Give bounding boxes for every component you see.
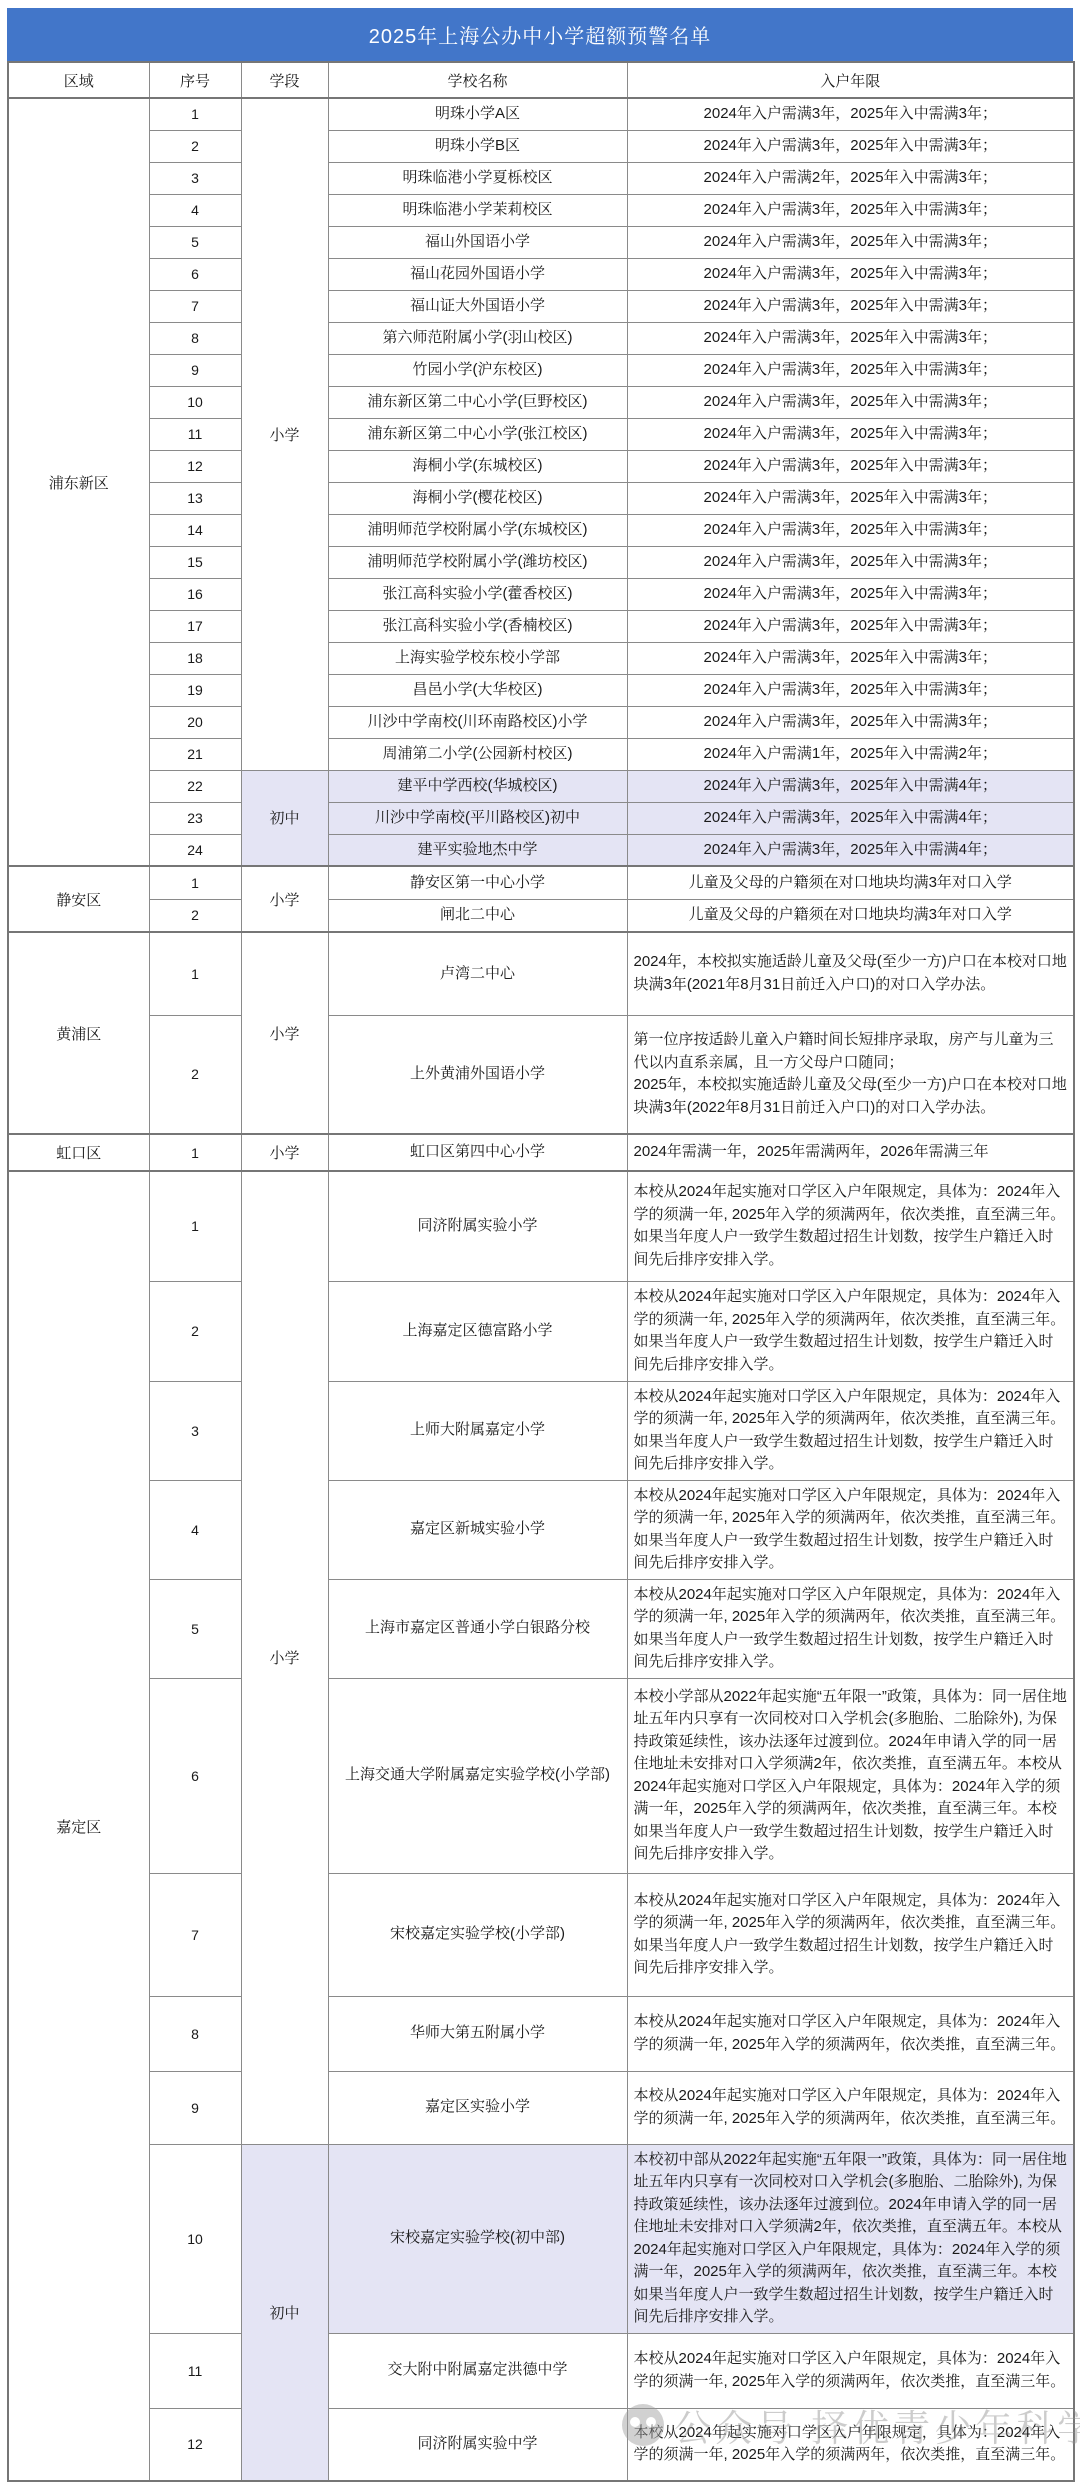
school-name-cell: 浦东新区第二中心小学(张江校区): [328, 418, 627, 450]
row-number-cell: 11: [149, 418, 241, 450]
table-row: 嘉定区1小学同济附属实验小学本校从2024年起实施对口学区入户年限规定，具体为：…: [8, 1171, 1074, 1281]
policy-cell: 2024年入户需满3年，2025年入中需满3年；: [627, 642, 1074, 674]
table-row: 23川沙中学南校(平川路校区)初中2024年入户需满3年，2025年入中需满4年…: [8, 802, 1074, 834]
row-number-cell: 16: [149, 578, 241, 610]
policy-cell: 本校从2024年起实施对口学区入户年限规定，具体为：2024年入学的须满一年, …: [627, 1996, 1074, 2071]
row-number-cell: 18: [149, 642, 241, 674]
school-name-cell: 海桐小学(东城校区): [328, 450, 627, 482]
row-number-cell: 21: [149, 738, 241, 770]
district-cell: 黄浦区: [8, 932, 149, 1134]
row-number-cell: 1: [149, 866, 241, 899]
header-row: 区域 序号 学段 学校名称 入户年限: [8, 62, 1074, 98]
table-row: 20川沙中学南校(川环南路校区)小学2024年入户需满3年，2025年入中需满3…: [8, 706, 1074, 738]
column-header-stage: 学段: [241, 62, 328, 98]
stage-cell: 初中: [241, 2144, 328, 2481]
table-row: 6上海交通大学附属嘉定实验学校(小学部)本校小学部从2022年起实施“五年限一”…: [8, 1678, 1074, 1873]
policy-cell: 2024年入户需满3年，2025年入中需满4年；: [627, 834, 1074, 866]
policy-cell: 2024年入户需满3年，2025年入中需满3年；: [627, 674, 1074, 706]
table-row: 2上海嘉定区德富路小学本校从2024年起实施对口学区入户年限规定，具体为：202…: [8, 1281, 1074, 1381]
policy-cell: 本校从2024年起实施对口学区入户年限规定，具体为：2024年入学的须满一年, …: [627, 2071, 1074, 2144]
school-name-cell: 卢湾二中心: [328, 932, 627, 1015]
table-row: 6福山花园外国语小学2024年入户需满3年，2025年入中需满3年；: [8, 258, 1074, 290]
table-row: 13海桐小学(樱花校区)2024年入户需满3年，2025年入中需满3年；: [8, 482, 1074, 514]
school-name-cell: 宋校嘉定实验学校(小学部): [328, 1873, 627, 1996]
school-name-cell: 明珠临港小学夏栎校区: [328, 162, 627, 194]
table-row: 15浦明师范学校附属小学(潍坊校区)2024年入户需满3年，2025年入中需满3…: [8, 546, 1074, 578]
policy-cell: 2024年入户需满3年，2025年入中需满4年；: [627, 770, 1074, 802]
policy-cell: 本校从2024年起实施对口学区入户年限规定，具体为：2024年入学的须满一年, …: [627, 2333, 1074, 2408]
policy-cell: 儿童及父母的户籍须在对口地块均满3年对口入学: [627, 866, 1074, 899]
school-name-cell: 虹口区第四中心小学: [328, 1134, 627, 1171]
policy-cell: 2024年需满一年，2025年需满两年，2026年需满三年: [627, 1134, 1074, 1171]
school-name-cell: 同济附属实验小学: [328, 1171, 627, 1281]
school-name-cell: 嘉定区新城实验小学: [328, 1480, 627, 1579]
table-row: 11浦东新区第二中心小学(张江校区)2024年入户需满3年，2025年入中需满3…: [8, 418, 1074, 450]
policy-cell: 2024年入户需满3年，2025年入中需满4年；: [627, 802, 1074, 834]
district-cell: 浦东新区: [8, 98, 149, 866]
district-cell: 静安区: [8, 866, 149, 932]
row-number-cell: 23: [149, 802, 241, 834]
table-row: 16张江高科实验小学(藿香校区)2024年入户需满3年，2025年入中需满3年；: [8, 578, 1074, 610]
school-name-cell: 浦东新区第二中心小学(巨野校区): [328, 386, 627, 418]
policy-cell: 本校从2024年起实施对口学区入户年限规定，具体为：2024年入学的须满一年, …: [627, 1381, 1074, 1480]
table-row: 22初中建平中学西校(华城校区)2024年入户需满3年，2025年入中需满4年；: [8, 770, 1074, 802]
policy-cell: 本校从2024年起实施对口学区入户年限规定，具体为：2024年入学的须满一年, …: [627, 1579, 1074, 1678]
column-header-number: 序号: [149, 62, 241, 98]
school-name-cell: 川沙中学南校(川环南路校区)小学: [328, 706, 627, 738]
row-number-cell: 24: [149, 834, 241, 866]
row-number-cell: 2: [149, 130, 241, 162]
table-row: 21周浦第二小学(公园新村校区)2024年入户需满1年，2025年入中需满2年；: [8, 738, 1074, 770]
row-number-cell: 2: [149, 1281, 241, 1381]
row-number-cell: 17: [149, 610, 241, 642]
school-name-cell: 上师大附属嘉定小学: [328, 1381, 627, 1480]
row-number-cell: 15: [149, 546, 241, 578]
policy-cell: 2024年入户需满3年，2025年入中需满3年；: [627, 610, 1074, 642]
stage-cell: 小学: [241, 98, 328, 770]
policy-cell: 2024年入户需满3年，2025年入中需满3年；: [627, 546, 1074, 578]
policy-cell: 本校从2024年起实施对口学区入户年限规定，具体为：2024年入学的须满一年, …: [627, 1873, 1074, 1996]
table-row: 4明珠临港小学茉莉校区2024年入户需满3年，2025年入中需满3年；: [8, 194, 1074, 226]
stage-cell: 小学: [241, 932, 328, 1134]
table-row: 10浦东新区第二中心小学(巨野校区)2024年入户需满3年，2025年入中需满3…: [8, 386, 1074, 418]
table-row: 2上外黄浦外国语小学第一位序按适龄儿童入户籍时间长短排序录取，房产与儿童为三代以…: [8, 1015, 1074, 1134]
row-number-cell: 1: [149, 98, 241, 130]
table-row: 14浦明师范学校附属小学(东城校区)2024年入户需满3年，2025年入中需满3…: [8, 514, 1074, 546]
policy-cell: 2024年入户需满3年，2025年入中需满3年；: [627, 706, 1074, 738]
table-row: 12海桐小学(东城校区)2024年入户需满3年，2025年入中需满3年；: [8, 450, 1074, 482]
school-name-cell: 上海嘉定区德富路小学: [328, 1281, 627, 1381]
table-row: 2明珠小学B区2024年入户需满3年，2025年入中需满3年；: [8, 130, 1074, 162]
school-name-cell: 同济附属实验中学: [328, 2408, 627, 2481]
table-row: 18上海实验学校东校小学部2024年入户需满3年，2025年入中需满3年；: [8, 642, 1074, 674]
school-name-cell: 嘉定区实验小学: [328, 2071, 627, 2144]
school-name-cell: 福山外国语小学: [328, 226, 627, 258]
school-name-cell: 明珠临港小学茉莉校区: [328, 194, 627, 226]
table-row: 浦东新区1小学明珠小学A区2024年入户需满3年，2025年入中需满3年；: [8, 98, 1074, 130]
policy-cell: 2024年入户需满3年，2025年入中需满3年；: [627, 450, 1074, 482]
table-row: 10初中宋校嘉定实验学校(初中部)本校初中部从2022年起实施“五年限一”政策，…: [8, 2144, 1074, 2333]
table-body: 浦东新区1小学明珠小学A区2024年入户需满3年，2025年入中需满3年；2明珠…: [8, 98, 1074, 2481]
policy-cell: 第一位序按适龄儿童入户籍时间长短排序录取，房产与儿童为三代以内直系亲属，且一方父…: [627, 1015, 1074, 1134]
row-number-cell: 10: [149, 386, 241, 418]
school-name-cell: 张江高科实验小学(香楠校区): [328, 610, 627, 642]
school-name-cell: 海桐小学(樱花校区): [328, 482, 627, 514]
school-name-cell: 福山证大外国语小学: [328, 290, 627, 322]
row-number-cell: 6: [149, 1678, 241, 1873]
page-title: 2025年上海公办中小学超额预警名单: [7, 8, 1073, 61]
policy-cell: 本校从2024年起实施对口学区入户年限规定，具体为：2024年入学的须满一年, …: [627, 2408, 1074, 2481]
table-row: 7宋校嘉定实验学校(小学部)本校从2024年起实施对口学区入户年限规定，具体为：…: [8, 1873, 1074, 1996]
table-row: 2闸北二中心儿童及父母的户籍须在对口地块均满3年对口入学: [8, 899, 1074, 932]
school-name-cell: 川沙中学南校(平川路校区)初中: [328, 802, 627, 834]
warning-table: 区域 序号 学段 学校名称 入户年限 浦东新区1小学明珠小学A区2024年入户需…: [7, 61, 1075, 2482]
policy-cell: 2024年入户需满2年，2025年入中需满3年；: [627, 162, 1074, 194]
school-name-cell: 明珠小学B区: [328, 130, 627, 162]
table-row: 静安区1小学静安区第一中心小学儿童及父母的户籍须在对口地块均满3年对口入学: [8, 866, 1074, 899]
policy-cell: 2024年入户需满3年，2025年入中需满3年；: [627, 258, 1074, 290]
row-number-cell: 7: [149, 290, 241, 322]
stage-cell: 小学: [241, 1171, 328, 2144]
policy-cell: 本校初中部从2022年起实施“五年限一”政策，具体为：同一居住地址五年内只享有一…: [627, 2144, 1074, 2333]
policy-cell: 2024年入户需满3年，2025年入中需满3年；: [627, 322, 1074, 354]
school-name-cell: 宋校嘉定实验学校(初中部): [328, 2144, 627, 2333]
row-number-cell: 1: [149, 1134, 241, 1171]
row-number-cell: 2: [149, 899, 241, 932]
policy-cell: 2024年入户需满3年，2025年入中需满3年；: [627, 386, 1074, 418]
row-number-cell: 22: [149, 770, 241, 802]
row-number-cell: 19: [149, 674, 241, 706]
school-name-cell: 周浦第二小学(公园新村校区): [328, 738, 627, 770]
table-row: 11交大附中附属嘉定洪德中学本校从2024年起实施对口学区入户年限规定，具体为：…: [8, 2333, 1074, 2408]
policy-cell: 2024年入户需满1年，2025年入中需满2年；: [627, 738, 1074, 770]
school-name-cell: 张江高科实验小学(藿香校区): [328, 578, 627, 610]
school-name-cell: 明珠小学A区: [328, 98, 627, 130]
stage-cell: 小学: [241, 1134, 328, 1171]
school-name-cell: 交大附中附属嘉定洪德中学: [328, 2333, 627, 2408]
table-row: 24建平实验地杰中学2024年入户需满3年，2025年入中需满4年；: [8, 834, 1074, 866]
policy-cell: 儿童及父母的户籍须在对口地块均满3年对口入学: [627, 899, 1074, 932]
row-number-cell: 3: [149, 162, 241, 194]
policy-cell: 2024年入户需满3年，2025年入中需满3年；: [627, 130, 1074, 162]
policy-cell: 2024年，本校拟实施适龄儿童及父母(至少一方)户口在本校对口地块满3年(202…: [627, 932, 1074, 1015]
school-name-cell: 闸北二中心: [328, 899, 627, 932]
policy-cell: 本校从2024年起实施对口学区入户年限规定，具体为：2024年入学的须满一年, …: [627, 1480, 1074, 1579]
school-name-cell: 浦明师范学校附属小学(潍坊校区): [328, 546, 627, 578]
table-row: 8第六师范附属小学(羽山校区)2024年入户需满3年，2025年入中需满3年；: [8, 322, 1074, 354]
row-number-cell: 9: [149, 2071, 241, 2144]
row-number-cell: 4: [149, 194, 241, 226]
table-row: 虹口区1小学虹口区第四中心小学2024年需满一年，2025年需满两年，2026年…: [8, 1134, 1074, 1171]
school-name-cell: 建平中学西校(华城校区): [328, 770, 627, 802]
table-row: 9嘉定区实验小学本校从2024年起实施对口学区入户年限规定，具体为：2024年入…: [8, 2071, 1074, 2144]
table-row: 12同济附属实验中学本校从2024年起实施对口学区入户年限规定，具体为：2024…: [8, 2408, 1074, 2481]
row-number-cell: 12: [149, 450, 241, 482]
table-row: 7福山证大外国语小学2024年入户需满3年，2025年入中需满3年；: [8, 290, 1074, 322]
district-cell: 虹口区: [8, 1134, 149, 1171]
school-name-cell: 建平实验地杰中学: [328, 834, 627, 866]
column-header-school: 学校名称: [328, 62, 627, 98]
row-number-cell: 2: [149, 1015, 241, 1134]
policy-cell: 本校从2024年起实施对口学区入户年限规定，具体为：2024年入学的须满一年, …: [627, 1281, 1074, 1381]
row-number-cell: 8: [149, 1996, 241, 2071]
row-number-cell: 6: [149, 258, 241, 290]
table-row: 19昌邑小学(大华校区)2024年入户需满3年，2025年入中需满3年；: [8, 674, 1074, 706]
table-row: 5福山外国语小学2024年入户需满3年，2025年入中需满3年；: [8, 226, 1074, 258]
policy-cell: 本校小学部从2022年起实施“五年限一”政策，具体为：同一居住地址五年内只享有一…: [627, 1678, 1074, 1873]
column-header-policy: 入户年限: [627, 62, 1074, 98]
school-name-cell: 华师大第五附属小学: [328, 1996, 627, 2071]
row-number-cell: 10: [149, 2144, 241, 2333]
row-number-cell: 8: [149, 322, 241, 354]
policy-cell: 2024年入户需满3年，2025年入中需满3年；: [627, 354, 1074, 386]
table-row: 9竹园小学(沪东校区)2024年入户需满3年，2025年入中需满3年；: [8, 354, 1074, 386]
row-number-cell: 5: [149, 226, 241, 258]
table-row: 黄浦区1小学卢湾二中心2024年，本校拟实施适龄儿童及父母(至少一方)户口在本校…: [8, 932, 1074, 1015]
stage-cell: 初中: [241, 770, 328, 866]
table-row: 17张江高科实验小学(香楠校区)2024年入户需满3年，2025年入中需满3年；: [8, 610, 1074, 642]
table-row: 3明珠临港小学夏栎校区2024年入户需满2年，2025年入中需满3年；: [8, 162, 1074, 194]
column-header-district: 区域: [8, 62, 149, 98]
stage-cell: 小学: [241, 866, 328, 932]
policy-cell: 2024年入户需满3年，2025年入中需满3年；: [627, 482, 1074, 514]
school-name-cell: 竹园小学(沪东校区): [328, 354, 627, 386]
table-row: 4嘉定区新城实验小学本校从2024年起实施对口学区入户年限规定，具体为：2024…: [8, 1480, 1074, 1579]
policy-cell: 2024年入户需满3年，2025年入中需满3年；: [627, 226, 1074, 258]
row-number-cell: 4: [149, 1480, 241, 1579]
school-name-cell: 静安区第一中心小学: [328, 866, 627, 899]
school-name-cell: 上海市嘉定区普通小学白银路分校: [328, 1579, 627, 1678]
row-number-cell: 11: [149, 2333, 241, 2408]
row-number-cell: 13: [149, 482, 241, 514]
school-name-cell: 第六师范附属小学(羽山校区): [328, 322, 627, 354]
policy-cell: 2024年入户需满3年，2025年入中需满3年；: [627, 578, 1074, 610]
row-number-cell: 1: [149, 1171, 241, 1281]
row-number-cell: 14: [149, 514, 241, 546]
district-cell: 嘉定区: [8, 1171, 149, 2481]
row-number-cell: 5: [149, 1579, 241, 1678]
policy-cell: 2024年入户需满3年，2025年入中需满3年；: [627, 514, 1074, 546]
school-name-cell: 上海交通大学附属嘉定实验学校(小学部): [328, 1678, 627, 1873]
school-name-cell: 浦明师范学校附属小学(东城校区): [328, 514, 627, 546]
table-row: 5上海市嘉定区普通小学白银路分校本校从2024年起实施对口学区入户年限规定，具体…: [8, 1579, 1074, 1678]
school-name-cell: 上海实验学校东校小学部: [328, 642, 627, 674]
page: 2025年上海公办中小学超额预警名单 区域 序号 学段 学校名称 入户年限 浦东…: [0, 0, 1080, 2484]
row-number-cell: 1: [149, 932, 241, 1015]
policy-cell: 2024年入户需满3年，2025年入中需满3年；: [627, 290, 1074, 322]
row-number-cell: 9: [149, 354, 241, 386]
row-number-cell: 3: [149, 1381, 241, 1480]
policy-cell: 2024年入户需满3年，2025年入中需满3年；: [627, 194, 1074, 226]
school-name-cell: 上外黄浦外国语小学: [328, 1015, 627, 1134]
table-row: 3上师大附属嘉定小学本校从2024年起实施对口学区入户年限规定，具体为：2024…: [8, 1381, 1074, 1480]
policy-cell: 本校从2024年起实施对口学区入户年限规定，具体为：2024年入学的须满一年, …: [627, 1171, 1074, 1281]
policy-cell: 2024年入户需满3年，2025年入中需满3年；: [627, 418, 1074, 450]
row-number-cell: 12: [149, 2408, 241, 2481]
table-row: 8华师大第五附属小学本校从2024年起实施对口学区入户年限规定，具体为：2024…: [8, 1996, 1074, 2071]
school-name-cell: 福山花园外国语小学: [328, 258, 627, 290]
policy-cell: 2024年入户需满3年，2025年入中需满3年；: [627, 98, 1074, 130]
school-name-cell: 昌邑小学(大华校区): [328, 674, 627, 706]
row-number-cell: 7: [149, 1873, 241, 1996]
row-number-cell: 20: [149, 706, 241, 738]
